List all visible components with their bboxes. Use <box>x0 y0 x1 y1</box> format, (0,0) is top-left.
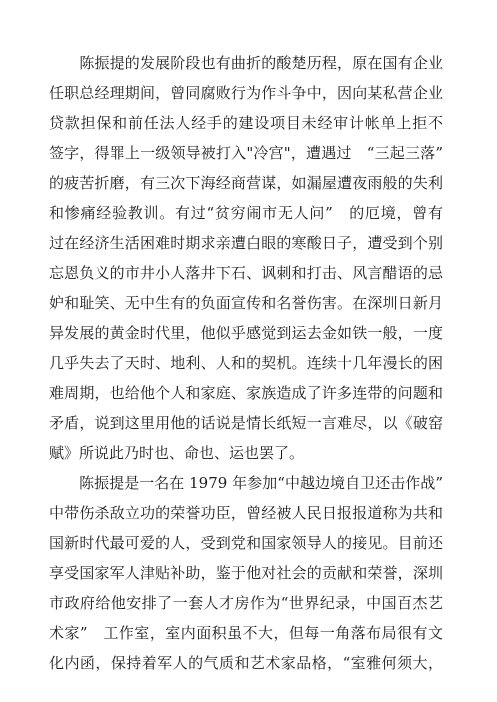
text-line: 任职总经理期间，曾同腐败行为作斗争中，因向某私营企业 <box>49 78 443 108</box>
text-line: 享受国家军人津贴补助，鉴于他对社会的贡献和荣誉，深圳 <box>49 558 443 588</box>
text-line: 难周期，也给他个人和家庭、家族造成了许多连带的问题和 <box>49 378 443 408</box>
text-line: 化内函，保持着军人的气质和艺术家品格，“室雅何须大， <box>49 648 443 678</box>
text-line: 陈振提的发展阶段也有曲折的酸楚历程，原在国有企业 <box>49 48 443 78</box>
text-line: 忘恩负义的市井小人落井下石、讽刺和打击、风言醋语的忌 <box>49 258 443 288</box>
text-line: 赋》所说此乃时也、命也、运也罢了。 <box>49 438 443 468</box>
text-line: 术家” 工作室，室内面积虽不大，但每一角落布局很有文 <box>49 618 443 648</box>
text-line: 中带伤杀敌立功的荣誉功臣，曾经被人民日报报道称为共和 <box>49 498 443 528</box>
text-line: 签字，得罪上一级领导被打入"冷宫"，遭遇过 “三起三落” <box>49 138 443 168</box>
text-line: 国新时代最可爱的人，受到党和国家领导人的接见。目前还 <box>49 528 443 558</box>
text-line: 市政府给他安排了一套人才房作为“世界纪录，中国百杰艺 <box>49 588 443 618</box>
text-line: 陈振提是一名在 1979 年参加“中越边境自卫还击作战” <box>49 468 443 498</box>
text-line: 贷款担保和前任法人经手的建设项目未经审计帐单上拒不 <box>49 108 443 138</box>
text-line: 异发展的黄金时代里，他似乎感觉到运去金如铁一般，一度 <box>49 318 443 348</box>
text-line: 几乎失去了天时、地利、人和的契机。连续十几年漫长的困 <box>49 348 443 378</box>
text-line: 的疲苦折磨，有三次下海经商营谋，如漏屋遭夜雨般的失利 <box>49 168 443 198</box>
document-page: 陈振提的发展阶段也有曲折的酸楚历程，原在国有企业 任职总经理期间，曾同腐败行为作… <box>0 0 497 702</box>
text-line: 和惨痛经验教训。有过“贫穷闹市无人问” 的厄境，曾有 <box>49 198 443 228</box>
text-block: 陈振提的发展阶段也有曲折的酸楚历程，原在国有企业 任职总经理期间，曾同腐败行为作… <box>49 48 443 678</box>
text-line: 矛盾，说到这里用他的话说是情长纸短一言难尽，以《破窑 <box>49 408 443 438</box>
text-line: 妒和耻笑、无中生有的负面宣传和名誉伤害。在深圳日新月 <box>49 288 443 318</box>
text-line: 过在经济生活困难时期求亲遭白眼的寒酸日子，遭受到个别 <box>49 228 443 258</box>
